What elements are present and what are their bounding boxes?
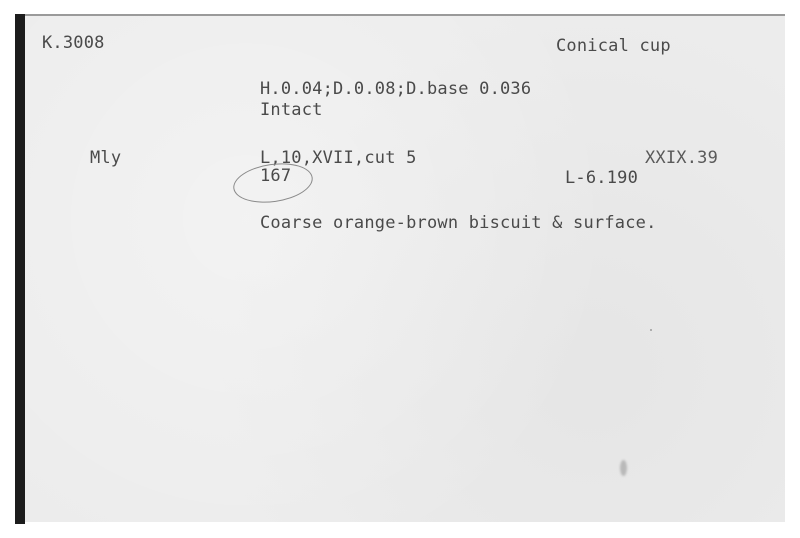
ink-smudge [620, 460, 627, 476]
dimensions: H.0.04;D.0.08;D.base 0.036 [260, 80, 531, 99]
circle-annotation [231, 159, 316, 208]
object-type: Conical cup [556, 37, 671, 56]
description: Coarse orange-brown biscuit & surface. [260, 214, 657, 233]
catalog-number: K.3008 [42, 34, 105, 53]
inventory-ref: L-6.190 [565, 169, 638, 188]
catalog-card: K.3008 Conical cup H.0.04;D.0.08;D.base … [15, 14, 785, 522]
paper-speck [650, 329, 652, 331]
condition: Intact [260, 101, 323, 120]
card-binding-strip [15, 14, 25, 524]
date: XXIX.39 [645, 149, 718, 168]
site-code: Mly [90, 149, 121, 168]
